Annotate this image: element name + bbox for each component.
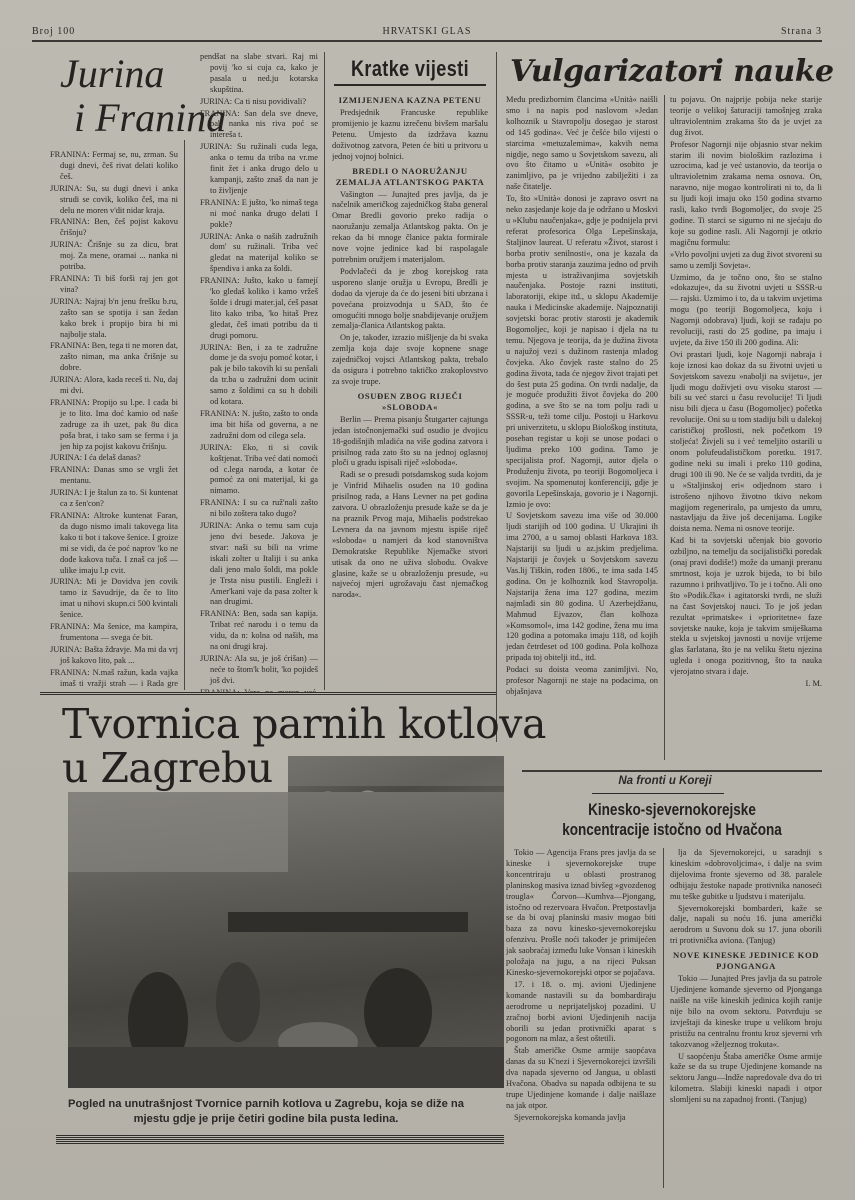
news-subheading: NOVE KINESKE JEDINICE KOD PJONGANGA [670,950,822,972]
jurina-column-1: FRANINA: Fermaj se, nu, zrman. Su dugi d… [50,150,178,688]
paragraph: FRANINA: San dela sve dneve, pak nanka n… [200,109,318,142]
paragraph: JURINA: Alora, kada receš ti. Nu, daj mi… [50,375,178,397]
masthead-rule [32,40,822,42]
paragraph: Među predizbornim člancima »Unità« naišl… [506,95,658,193]
column-divider [324,52,325,690]
paragraph: Radi se o presudi potsdamskog suda kojom… [332,470,488,601]
paragraph: To, što »Unità« donosi je zapravo osvrt … [506,194,658,510]
paragraph: Uzmimo, da je točno ono, što se stalno »… [670,273,822,349]
paragraph: FRANINA: Altroke kuntenat Faran, da dugo… [50,511,178,576]
section-rule [40,692,496,696]
paragraph: JURINA: Su, su dugi dnevi i anka strudi … [50,184,178,217]
photo-caption: Pogled na unutrašnjost Tvornice parnih k… [56,1097,476,1127]
page-number: Strana 3 [781,26,822,37]
headline-line-1: Tvornica parnih kotlova [62,702,546,746]
column-divider [663,848,664,1188]
paragraph: »Vrlo povoljni uvjeti za dug život stvor… [670,250,822,272]
paragraph: U Sovjetskom savezu ima više od 30.000 l… [506,511,658,664]
paragraph: FRANINA: Ma šenice, ma kampira, frumento… [50,622,178,644]
paragraph: Predsjednik Francuske republike promijen… [332,108,488,163]
vulgarizatori-column-1: Među predizbornim člancima »Unità« naišl… [506,95,658,760]
korea-column-2: lja da Sjevernokorejci, u saradnji s kin… [670,848,822,1193]
paragraph: Podaci su doista veoma zanimljivi. No, p… [506,665,658,698]
news-subheading: IZMIJENJENA KAZNA PETENU [332,95,488,106]
title-underline [334,84,486,86]
column-divider [664,95,665,760]
paragraph: Profesor Nagornji nije objasnio stvar ne… [670,140,822,249]
factory-interior-illustration [68,792,504,1088]
paragraph: FRANINA: N. jušto, zašto to onda ima bit… [200,409,318,442]
newspaper-page: Broj 100 HRVATSKI GLAS Strana 3 Jurina i… [0,0,855,1200]
paragraph: JURINA: Ca ti nisu povidivali? [200,97,318,108]
paragraph: Štab američke Osme armije saopćava danas… [506,1046,656,1111]
paragraph: FRANINA: Danas smo se vrgli žet mentanu. [50,465,178,487]
paragraph: FRANINA: N.maš ražun, kada vajka imaš ti… [50,668,178,688]
author-signature: I. M. [670,679,822,690]
paragraph: Tokio — Junajted Pres javlja da su patro… [670,974,822,1050]
paragraph: JURINA: Najraj b'n jenu frešku b.ru, zaš… [50,297,178,341]
kicker-underline [592,793,724,794]
paragraph: FRANINA: Fermaj se, nu, zrman. Su dugi d… [50,150,178,183]
paragraph: Berlin — Prema pisanju Štutgarter cajtun… [332,415,488,470]
factory-photo-main [68,792,504,1088]
paragraph: JURINA: Mi je Dovidva jen covik tamo iz … [50,577,178,621]
section-rule [522,770,822,772]
paragraph: Vašington — Junajted pres javlja, da je … [332,190,488,266]
paragraph: Sjevernokorejska komanda javlja [506,1113,656,1124]
paragraph: 17. i 18. o. mj. avioni Ujedinjene koman… [506,980,656,1045]
paragraph: FRANINA: Propijo su l.pe. I cada bi je t… [50,398,178,453]
news-subheading: OSUĐEN ZBOG RIJEČI »SLOBODA« [332,391,488,413]
paragraph: FRANINA: Jušto, kako u famejí 'ko gledaš… [200,276,318,341]
title-line-1: Jurina [60,51,164,96]
paragraph: Kad bi ta sovjetski učenjak bio govorio … [670,536,822,678]
paragraph: JURINA: Eko, ti si covik koštjenat. Trib… [200,443,318,498]
paragraph: FRANINA: E jušto, 'ko nimaš tega ni moć … [200,198,318,231]
paragraph: JURINA: Ben, i za te zadružne dome je da… [200,343,318,408]
masthead: Broj 100 HRVATSKI GLAS Strana 3 [32,26,822,40]
paragraph: Podvlačeći da je zbog korejskog rata usp… [332,267,488,332]
news-subheading: BREDLI O NAORUŽANJU ZEMALJA ATLANTSKOG P… [332,166,488,188]
kratke-vijesti-title: Kratke vijesti [344,56,475,82]
paragraph: tu pojavu. On najprije pobija neke stari… [670,95,822,139]
jurina-column-2: pendšat na slabe stvari. Raj mi povij 'k… [200,52,318,692]
korea-kicker: Na fronti u Koreji [590,775,740,787]
korea-column-1: Tokio — Agencija Frans pres javlja da se… [506,848,656,1193]
paragraph: U saopćenju Štaba američke Osme armije k… [670,1052,822,1107]
paragraph: JURINA: Su ružinali cuda lega, anka o te… [200,142,318,197]
paragraph: JURINA: Bašta žđravje. Ma mi da vrj još … [50,645,178,667]
paragraph: Tokio — Agencija Frans pres javlja da se… [506,848,656,979]
paragraph: Sjevernokorejski bombarderi, kaže se dal… [670,904,822,948]
paragraph: Ovi prastari ljudi, koje Nagornji nabraj… [670,350,822,535]
paragraph: JURINA: I ća delaš danas? [50,453,178,464]
paragraph: pendšat na slabe stvari. Raj mi povij 'k… [200,52,318,96]
paragraph: JURINA: Anka o temu sam cuja jeno dvi be… [200,521,318,608]
column-divider [496,52,497,742]
paragraph: JURINA: Ala su, je još ćrišan) — neće to… [200,654,318,687]
kratke-vijesti-column: IZMIJENJENA KAZNA PETENUPredsjednik Fran… [332,92,488,692]
paragraph: JURINA: Črišnje su za dicu, brat moj. Za… [50,240,178,273]
paragraph: lja da Sjevernokorejci, u saradnji s kin… [670,848,822,903]
newspaper-name: HRVATSKI GLAS [32,26,822,37]
paragraph: FRANINA: Ti biš forši raj jen got vina? [50,274,178,296]
paragraph: JURINA: I je štalun za to. Si kuntenat c… [50,488,178,510]
paragraph: On je, također, izrazio mišljenje da bi … [332,333,488,388]
vulgarizatori-title: Vulgarizatori nauke [510,54,834,89]
paragraph: FRANINA: Ben, sada san kapija. Tribat re… [200,609,318,653]
korea-headline: Kinesko-sjevernokorejske koncentracije i… [549,800,795,840]
paragraph: FRANINA: I su ca ruž'nali zašto ni bilo … [200,498,318,520]
paragraph: FRANINA: Ben, tega ti ne moren dat, zašt… [50,341,178,374]
bottom-rule [56,1135,504,1144]
paragraph: JURINA: Anka o naših zadružnih dom' su r… [200,232,318,276]
paragraph: FRANINA: Ben, češ pojist kakovu črišnju? [50,217,178,239]
vulgarizatori-column-2: tu pojavu. On najprije pobija neke stari… [670,95,822,760]
column-divider [184,140,185,690]
